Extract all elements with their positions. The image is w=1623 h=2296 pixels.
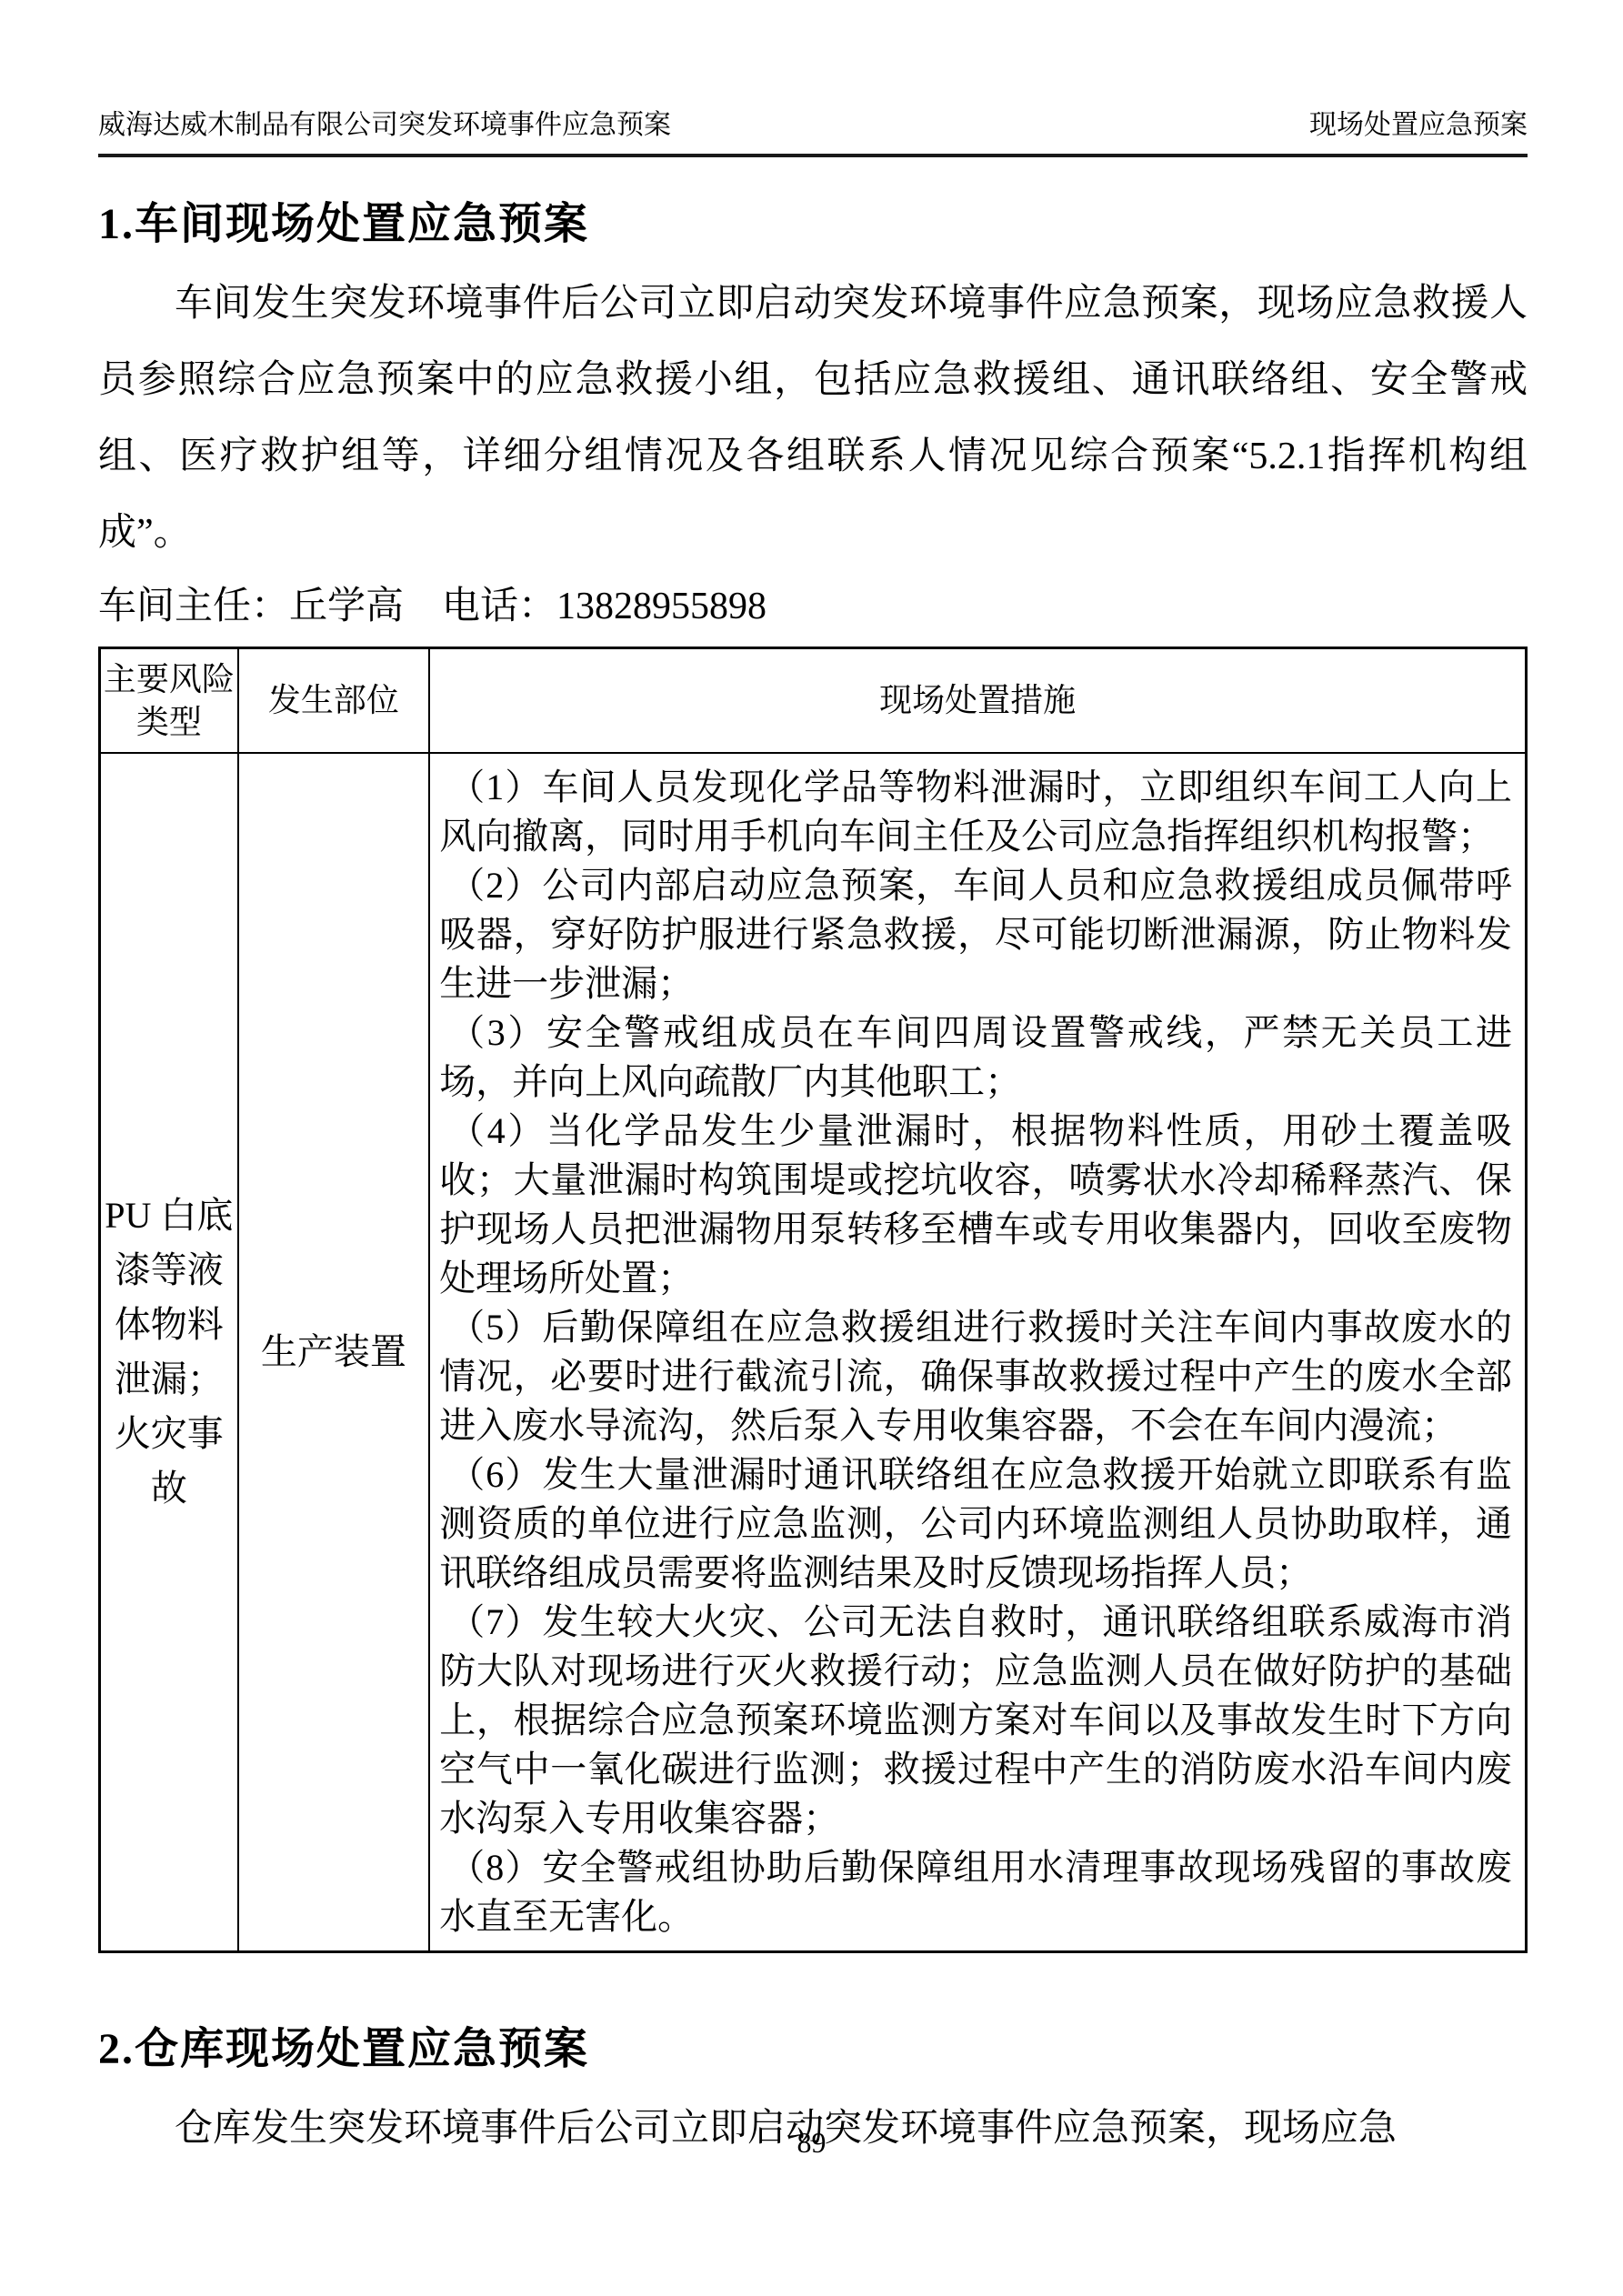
workshop-contact-line: 车间主任：丘学高 电话：13828955898 bbox=[98, 580, 1528, 634]
measure-item: （3）安全警戒组成员在车间四周设置警戒线，严禁无关员工进场，并向上风向疏散厂内其… bbox=[439, 1008, 1512, 1107]
header-left-title: 威海达威木制品有限公司突发环境事件应急预案 bbox=[98, 107, 671, 143]
column-header-measures: 现场处置措施 bbox=[429, 647, 1526, 753]
column-header-location: 发生部位 bbox=[238, 647, 430, 753]
measure-item: （1）车间人员发现化学品等物料泄漏时，立即组织车间工人向上风向撤离，同时用手机向… bbox=[439, 763, 1512, 861]
measure-item: （5）后勤保障组在应急救援组进行救援时关注车间内事故废水的情况，必要时进行截流引… bbox=[439, 1303, 1512, 1450]
risk-type-cell: PU 白底漆等液体物料泄漏；火灾事故 bbox=[100, 753, 238, 1952]
measures-cell: （1）车间人员发现化学品等物料泄漏时，立即组织车间工人向上风向撤离，同时用手机向… bbox=[429, 753, 1526, 1952]
measure-item: （6）发生大量泄漏时通讯联络组在应急救援开始就立即联系有监测资质的单位进行应急监… bbox=[439, 1450, 1512, 1598]
table-row: PU 白底漆等液体物料泄漏；火灾事故 生产装置 （1）车间人员发现化学品等物料泄… bbox=[100, 753, 1527, 1952]
location-cell: 生产装置 bbox=[238, 753, 430, 1952]
section2-heading: 2.仓库现场处置应急预案 bbox=[98, 2013, 1528, 2076]
document-page: 威海达威木制品有限公司突发环境事件应急预案 现场处置应急预案 1.车间现场处置应… bbox=[0, 0, 1623, 2296]
measure-item: （7）发生较大火灾、公司无法自救时，通讯联络组联系威海市消防大队对现场进行灭火救… bbox=[439, 1598, 1512, 1843]
table-header-row: 主要风险类型 发生部位 现场处置措施 bbox=[100, 647, 1527, 753]
column-header-risk-type: 主要风险类型 bbox=[100, 647, 238, 753]
page-number: 89 bbox=[0, 2126, 1623, 2160]
disposal-measures-table: 主要风险类型 发生部位 现场处置措施 PU 白底漆等液体物料泄漏；火灾事故 生产… bbox=[98, 647, 1528, 1954]
section1-heading: 1.车间现场处置应急预案 bbox=[98, 188, 1528, 251]
header-right-title: 现场处置应急预案 bbox=[1309, 107, 1528, 143]
measure-item: （8）安全警戒组协助后勤保障组用水清理事故现场残留的事故废水直至无害化。 bbox=[439, 1843, 1512, 1941]
section1-paragraph: 车间发生突发环境事件后公司立即启动突发环境事件应急预案，现场应急救援人员参照综合… bbox=[98, 266, 1528, 571]
measure-item: （4）当化学品发生少量泄漏时，根据物料性质，用砂土覆盖吸收；大量泄漏时构筑围堤或… bbox=[439, 1107, 1512, 1303]
page-header: 威海达威木制品有限公司突发环境事件应急预案 现场处置应急预案 bbox=[98, 107, 1528, 157]
measure-item: （2）公司内部启动应急预案，车间人员和应急救援组成员佩带呼吸器，穿好防护服进行紧… bbox=[439, 861, 1512, 1008]
